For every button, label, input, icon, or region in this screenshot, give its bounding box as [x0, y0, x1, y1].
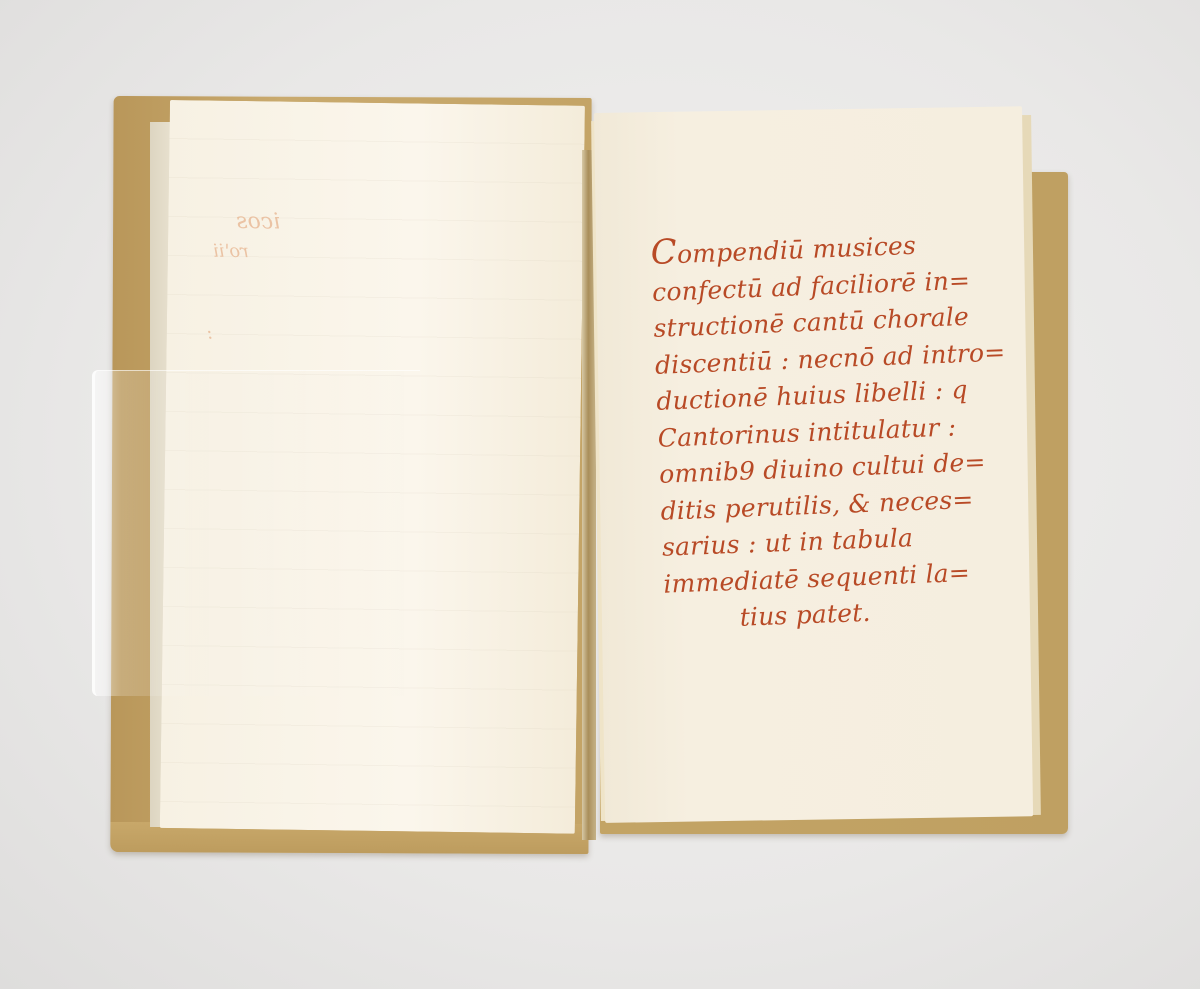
showthrough-text: : — [207, 323, 213, 344]
showthrough-text: ro'ii — [213, 241, 249, 262]
manuscript-title-text: Compendiū musices confectū ad faciliorē … — [650, 221, 1025, 639]
photo-scene: icos ro'ii : Compendiū musices confectū … — [0, 0, 1200, 989]
showthrough-text: icos — [236, 209, 280, 235]
acrylic-book-support — [92, 370, 420, 696]
